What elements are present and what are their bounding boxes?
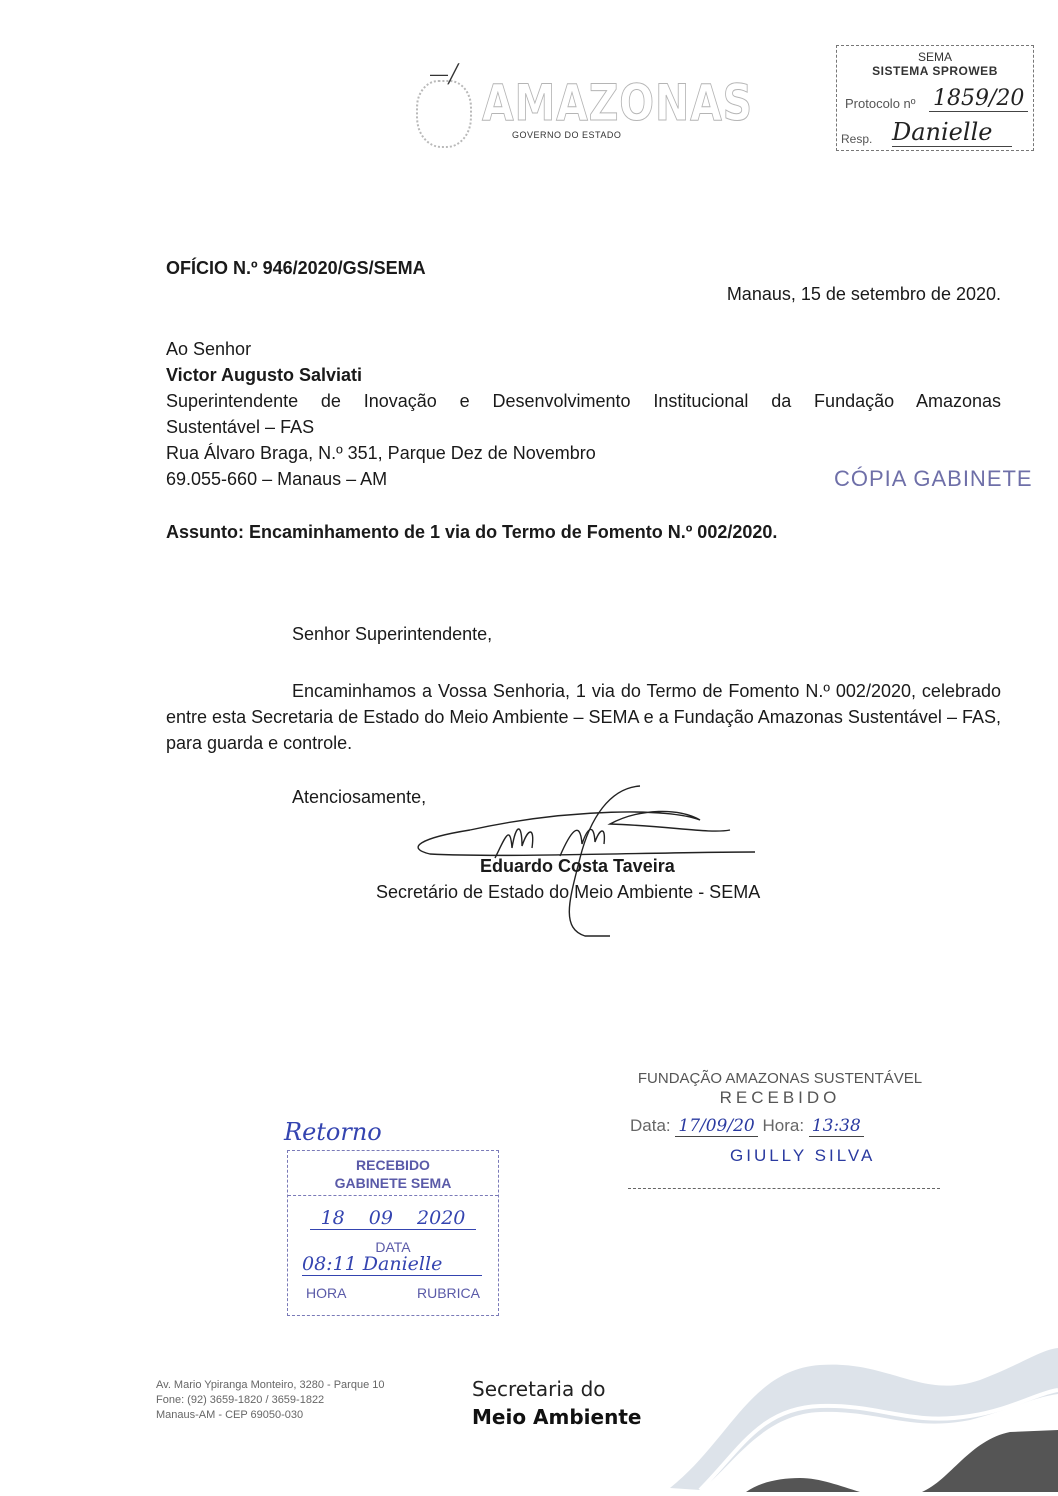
sema-stamp-subtitle: GABINETE SEMA (288, 1175, 498, 1191)
letter-greeting: Senhor Superintendente, (292, 624, 492, 645)
sema-time-rubrica-value: 08:11 Danielle (302, 1253, 482, 1276)
sema-hora-label: HORA (306, 1285, 346, 1301)
copy-stamp: CÓPIA GABINETE (834, 466, 1033, 492)
protocol-number: 1859/20 (929, 86, 1028, 112)
sema-stamp-divider (288, 1195, 498, 1196)
sema-rubrica-label: RUBRICA (417, 1285, 480, 1301)
recipient-role-cont: Sustentável – FAS (166, 414, 1001, 440)
footer-city-line: Manaus-AM - CEP 69050-030 (156, 1408, 385, 1423)
amazonas-government-logo: —╱ AMAZONAS GOVERNO DO ESTADO (410, 62, 670, 162)
protocol-label: Protocolo nº (845, 96, 916, 111)
fas-stamp-status: RECEBIDO (620, 1088, 940, 1108)
resp-signature: Danielle (892, 118, 1012, 147)
signer-role: Secretário de Estado do Meio Ambiente - … (376, 882, 760, 903)
fas-date-value: 17/09/20 (675, 1116, 757, 1137)
protocol-stamp: SEMA SISTEMA SPROWEB Protocolo nº 1859/2… (836, 45, 1034, 151)
stamp-system: SISTEMA SPROWEB (837, 64, 1033, 78)
fas-receiver: GIULLY SILVA (730, 1146, 875, 1166)
sema-date-value: 18 09 2020 (310, 1207, 476, 1230)
fas-stamp-datetime: Data: 17/09/20 Hora: 13:38 (630, 1116, 864, 1136)
recipient-salutation: Ao Senhor (166, 336, 1001, 362)
footer-brand-line1: Secretaria do (472, 1377, 606, 1401)
letter-date: Manaus, 15 de setembro de 2020. (727, 284, 1001, 305)
recipient-name: Victor Augusto Salviati (166, 362, 1001, 388)
fas-time-label: Hora: (762, 1116, 804, 1135)
coat-of-arms-icon (416, 80, 472, 148)
footer-brand-line2: Meio Ambiente (472, 1405, 641, 1429)
wave-decoration-icon (650, 1320, 1058, 1496)
footer-address-line: Av. Mario Ypiranga Monteiro, 3280 - Parq… (156, 1378, 385, 1393)
recipient-address: Rua Álvaro Braga, N.º 351, Parque Dez de… (166, 440, 1001, 466)
logo-wordmark: AMAZONAS (482, 74, 753, 132)
resp-label: Resp. (841, 132, 872, 146)
bird-icon: —╱ (430, 64, 459, 85)
sema-receipt-stamp: RECEBIDO GABINETE SEMA 18 09 2020 DATA 0… (287, 1150, 499, 1316)
stamp-org: SEMA (837, 50, 1033, 64)
handwritten-note: Retorno (284, 1118, 382, 1146)
letter-reference: OFÍCIO N.º 946/2020/GS/SEMA (166, 258, 426, 279)
fas-stamp-org: FUNDAÇÃO AMAZONAS SUSTENTÁVEL (620, 1070, 940, 1087)
fas-date-label: Data: (630, 1116, 671, 1135)
letter-subject: Assunto: Encaminhamento de 1 via do Term… (166, 522, 777, 543)
recipient-role: Superintendente de Inovação e Desenvolvi… (166, 388, 1001, 414)
letter-closing: Atenciosamente, (292, 787, 426, 808)
footer-address: Av. Mario Ypiranga Monteiro, 3280 - Parq… (156, 1378, 385, 1423)
fas-stamp-rule (628, 1188, 940, 1189)
fas-receipt-stamp: FUNDAÇÃO AMAZONAS SUSTENTÁVEL RECEBIDO D… (620, 1070, 940, 1195)
footer-phone-line: Fone: (92) 3659-1820 / 3659-1822 (156, 1393, 385, 1408)
fas-time-value: 13:38 (809, 1116, 864, 1137)
logo-subtitle: GOVERNO DO ESTADO (512, 130, 621, 140)
letter-body: Encaminhamos a Vossa Senhoria, 1 via do … (166, 678, 1001, 756)
sema-stamp-title: RECEBIDO (288, 1157, 498, 1173)
signer-name: Eduardo Costa Taveira (480, 856, 675, 877)
